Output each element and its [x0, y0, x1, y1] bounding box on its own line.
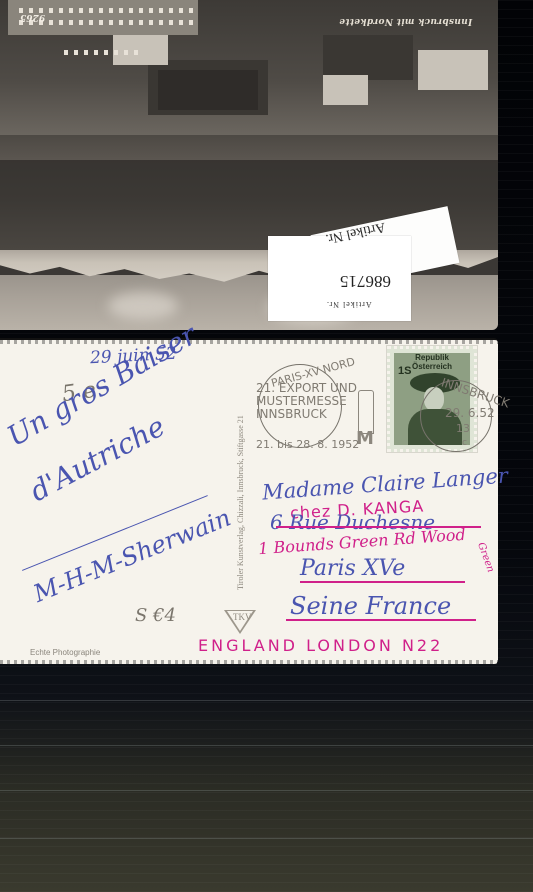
photo-cloud	[108, 292, 178, 320]
article-number: 686715	[340, 271, 391, 291]
postcard-address-side: 29 juin 52 5 e Un gros Baiser d'Autriche…	[0, 338, 498, 664]
innsbruck-photo	[0, 0, 498, 330]
message-line-1: Un gros Baiser	[2, 318, 203, 453]
photo-roof	[158, 70, 258, 110]
deckle-edge	[0, 660, 498, 664]
postcard-photo-side: Innsbruck mit Nordkette 9265 Artikel Nr.…	[0, 0, 498, 330]
slogan-postmark: 21. EXPORT UND MUSTERMESSE INNSBRUCK	[256, 382, 357, 421]
forward-extra: Green	[475, 541, 496, 574]
publisher-logo-text: TKV	[233, 612, 252, 622]
slogan-dates: 21. bis 28. 8. 1952	[256, 438, 359, 451]
photo-sky	[0, 275, 498, 330]
fair-m-logo-icon: M	[356, 428, 374, 449]
strikethrough	[300, 581, 465, 583]
photo-windows	[58, 50, 138, 55]
photo-number: 9265	[20, 12, 45, 22]
price-mark: S €4	[135, 605, 176, 626]
stamp-value: 1S	[398, 365, 411, 377]
scan-streak	[0, 790, 533, 791]
signature: M-H-M-Sherwain	[30, 503, 235, 608]
scan-streak	[0, 838, 533, 839]
publisher-imprint: Tiroler Kunstverlag, Chizzali, Innsbruck…	[236, 415, 245, 590]
scan-streak	[0, 745, 533, 746]
photo-building	[418, 50, 488, 90]
photo-caption: Innsbruck mit Nordkette	[339, 16, 472, 26]
address-city: Paris XVe	[300, 556, 405, 581]
photo-credit: Echte Photographie	[30, 648, 100, 657]
scan-streak	[0, 700, 533, 701]
forward-city: ENGLAND LONDON N22	[198, 636, 443, 655]
postmark-innsbruck-date: 29. 6.52	[445, 406, 495, 420]
slogan-line: INNSBRUCK	[256, 408, 357, 421]
photo-building	[323, 75, 368, 105]
photo-building	[323, 35, 413, 80]
address-country: Seine France	[290, 592, 451, 620]
postmark-innsbruck-hour: 13	[456, 422, 470, 435]
deckle-edge	[0, 340, 498, 344]
strikethrough	[286, 619, 476, 621]
postmark-innsbruck-letter: c	[462, 438, 467, 448]
article-label-footer: Artikel Nr.	[326, 300, 372, 309]
